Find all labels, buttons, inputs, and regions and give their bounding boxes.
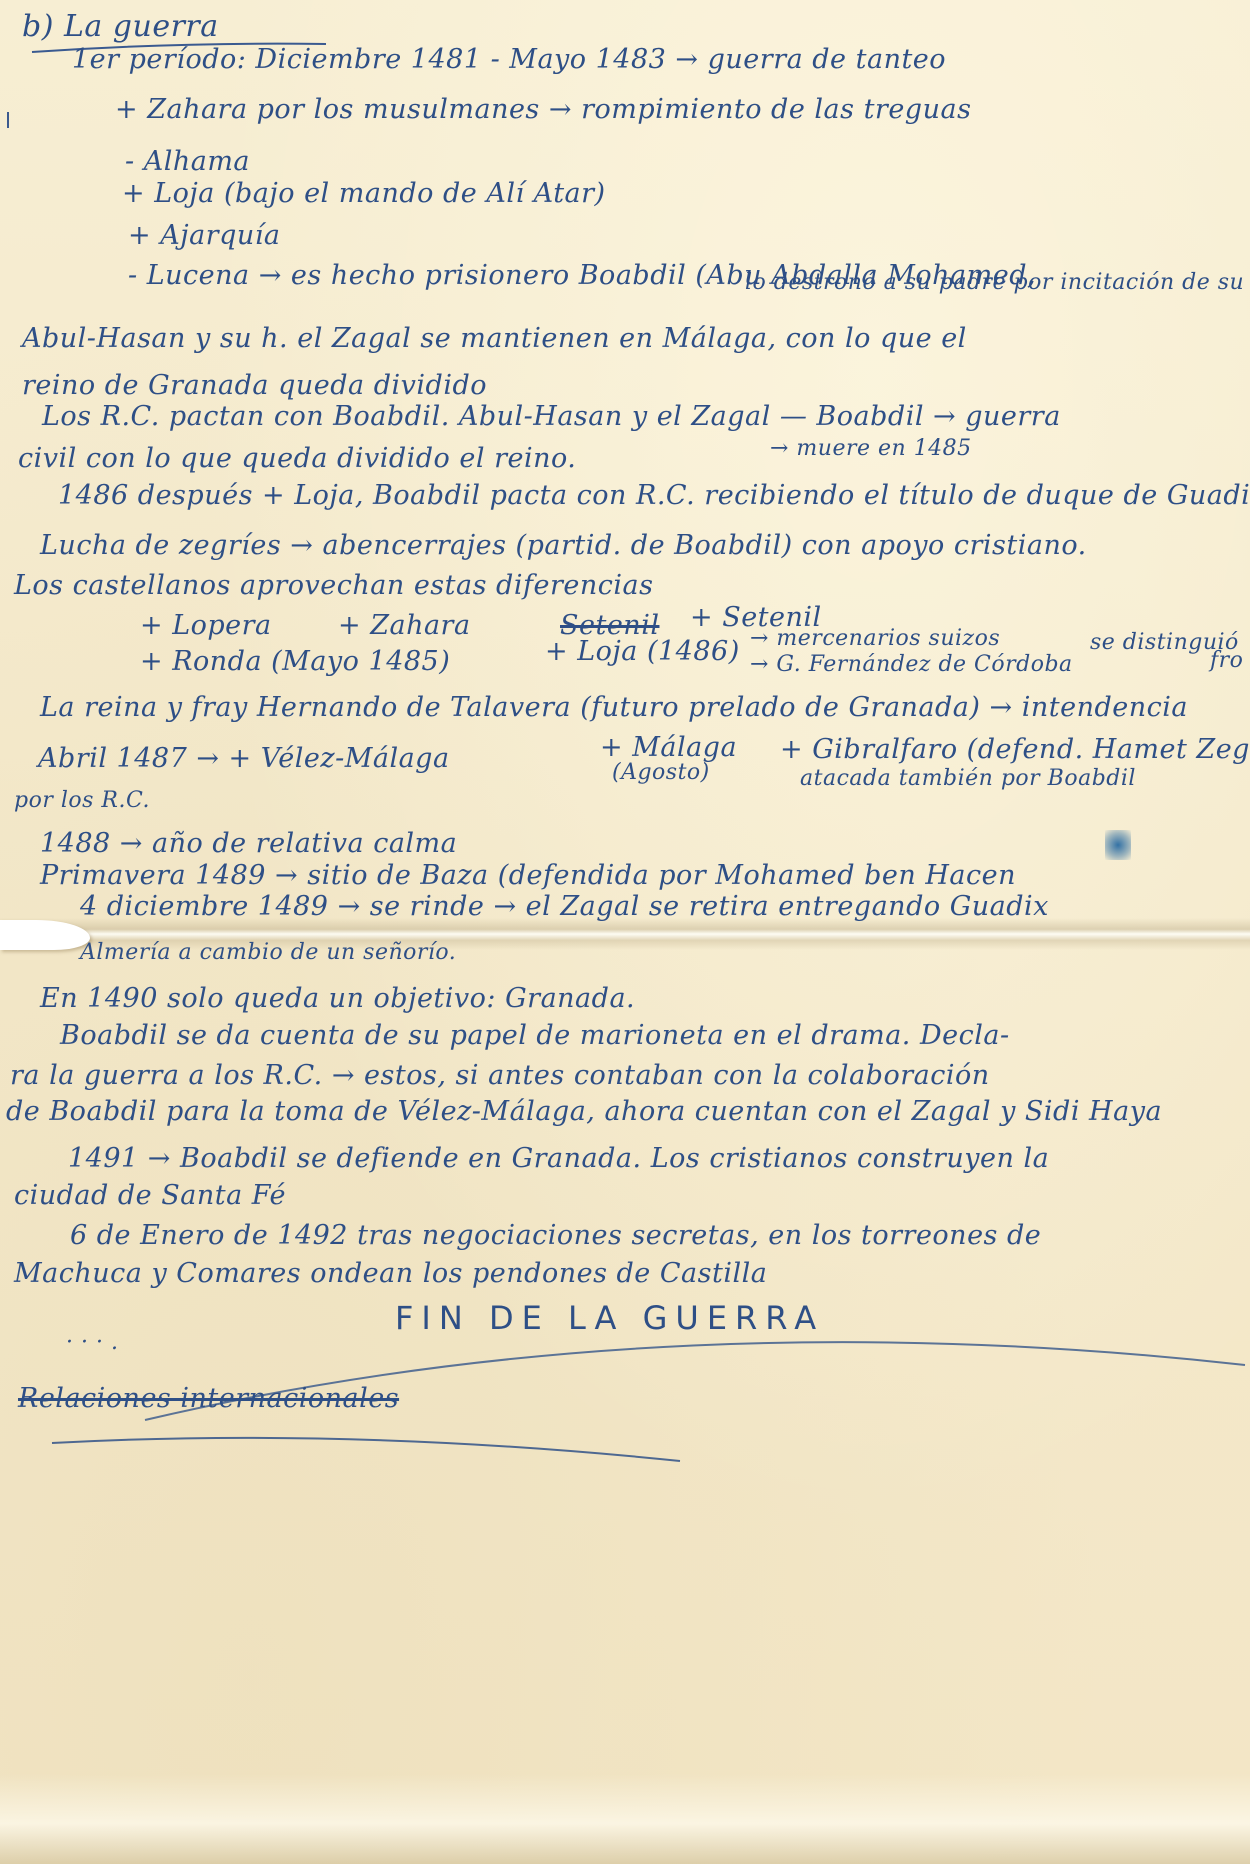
paragraph-line: civil con lo que queda dividido el reino… <box>18 445 576 472</box>
paragraph-line: Los R.C. pactan con Boabdil. Abul-Hasan … <box>42 403 1061 430</box>
note-line: → muere en 1485 <box>770 438 972 460</box>
margin-mark <box>7 112 9 128</box>
paper-bottom-curl <box>0 1774 1250 1864</box>
paragraph-line: Boabdil se da cuenta de su papel de mari… <box>60 1022 1010 1049</box>
note-line: lo destronó a su padre por incitación de… <box>745 272 1250 294</box>
note-line: (Agosto) <box>612 762 710 784</box>
list-item: + Ronda (Mayo 1485) <box>140 648 450 675</box>
paragraph-line: Primavera 1489 → sitio de Baza (defendid… <box>40 862 1016 889</box>
list-item: + Zahara por los musulmanes → rompimient… <box>115 96 971 123</box>
paragraph-line: 1491 → Boabdil se defiende en Granada. L… <box>68 1145 1049 1172</box>
paragraph-line: Almería a cambio de un señorío. <box>80 942 456 964</box>
paragraph-line: 6 de Enero de 1492 tras negociaciones se… <box>70 1222 1041 1249</box>
paragraph-line: ra la guerra a los R.C. → estos, si ante… <box>10 1062 990 1089</box>
list-item: + Lopera <box>140 612 272 639</box>
note-line: → mercenarios suizos <box>750 628 1000 650</box>
section-heading: b) La guerra <box>22 12 219 42</box>
crossed-out-word: Setenil <box>560 612 659 639</box>
paragraph-line: Los castellanos aprovechan estas diferen… <box>14 572 653 599</box>
paragraph-line: ciudad de Santa Fé <box>14 1182 286 1209</box>
note-line: → G. Fernández de Córdoba <box>750 654 1073 676</box>
list-item: + Loja (bajo el mando de Alí Atar) <box>122 180 606 207</box>
list-item: + Zahara <box>338 612 471 639</box>
paragraph-line: Machuca y Comares ondean los pendones de… <box>14 1260 767 1287</box>
paragraph-line: Lucha de zegríes → abencerrajes (partid.… <box>40 532 1087 559</box>
list-item: + Málaga <box>600 734 737 761</box>
note-line: atacada también por Boabdil <box>800 768 1136 790</box>
ellipsis-mark: · · · . <box>66 1332 118 1354</box>
list-item: + Gibralfaro (defend. Hamet Zegrí) <box>780 736 1250 763</box>
paragraph-line: 1486 después + Loja, Boabdil pacta con R… <box>58 482 1250 509</box>
paragraph-line: En 1490 solo queda un objetivo: Granada. <box>40 985 635 1012</box>
paragraph-line: 1488 → año de relativa calma <box>40 830 457 857</box>
crossed-out-heading: Relaciones internacionales <box>18 1385 399 1412</box>
note-line: fro <box>1210 650 1243 672</box>
crossed-heading-underline <box>50 1425 690 1465</box>
paragraph-line: 4 diciembre 1489 → se rinde → el Zagal s… <box>80 893 1049 920</box>
paragraph-line: La reina y fray Hernando de Talavera (fu… <box>40 694 1188 721</box>
ink-blot <box>1105 830 1131 860</box>
note-line: por los R.C. <box>14 790 150 812</box>
list-item: + Ajarquía <box>128 222 281 249</box>
paragraph-line: reino de Granada queda dividido <box>22 372 487 399</box>
list-item: + Loja (1486) <box>545 638 740 665</box>
paragraph-line: Abril 1487 → + Vélez-Málaga <box>38 745 450 772</box>
list-item: - Alhama <box>125 148 250 175</box>
period-line: 1er período: Diciembre 1481 - Mayo 1483 … <box>72 46 946 73</box>
paragraph-line: de Boabdil para la toma de Vélez-Málaga,… <box>6 1098 1162 1125</box>
paragraph-line: Abul-Hasan y su h. el Zagal se mantienen… <box>22 325 967 352</box>
